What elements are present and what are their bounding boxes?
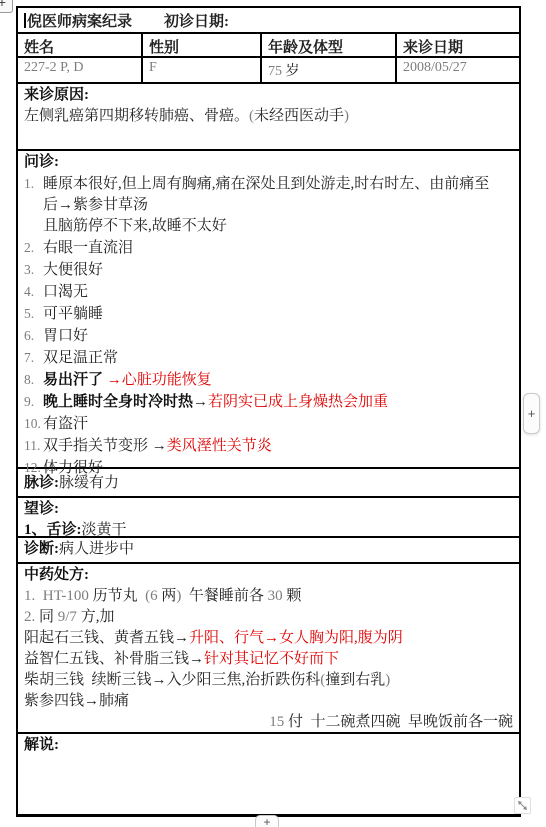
text-run: 中药处方: [24,567,89,583]
text-run: 未经西医动手 [254,108,344,124]
list-marker: 5. [24,303,43,324]
section-prescription: 中药处方:1. HT-100 历节丸 (6 两) 午餐睡前各 30 颗2. 同 … [18,562,519,732]
add-column-button[interactable]: + [523,393,540,434]
text-line: 10.有盗汗 [24,413,513,435]
col-header-age-body: 年龄及体型 [260,34,395,56]
text-run: 脉缓有力 [59,475,119,491]
resize-arrow-icon [517,800,528,811]
text-run: 且脑筋停不下来,故睡不太好 [43,218,227,234]
text-line: 柴胡三钱 续断三钱→入少阳三焦,治折跌伤科(撞到右乳) [24,670,513,691]
text-line: 解说: [24,735,513,756]
text-run: 针对其记忆不好而下 [204,651,339,667]
text-run: ) [344,108,349,124]
text-run: 易出汗了 [43,372,103,388]
text-run: 两 [161,588,176,604]
list-marker: 1. [24,173,43,194]
text-line: 阳起石三钱、黄耆五钱→升阳、行气→女人胸为阳,腹为阴 [24,628,513,649]
text-line: 中药处方: [24,565,513,586]
text-line: 8.易出汗了 →心脏功能恢复 [24,369,513,391]
text-run: 1. HT-100 [24,588,93,604]
text-run: 柴胡三钱 续断三钱→入少阳三焦,治折跌伤科 [24,672,320,688]
text-run: 可平躺睡 [43,306,103,322]
text-line: 1. HT-100 历节丸 (6 两) 午餐睡前各 30 颗 [24,586,513,607]
record-title-row: 倪医师病案纪录初诊日期: [18,8,519,32]
text-line: 且脑筋停不下来,故睡不太好 [24,216,513,237]
text-run: 15 [269,714,288,730]
text-run: 9/7 [58,609,81,625]
section-visit-reason: 来诊原因:左侧乳癌第四期移转肺癌、骨癌。(未经西医动手) [18,82,519,149]
patient-gender: F [141,58,260,82]
section-diagnosis: 诊断:病人进步中 [18,536,519,562]
text-line: 问诊: [24,152,513,173]
section-explanation: 解说: [18,732,519,814]
text-run: 问诊: [24,154,59,170]
patient-visit-date: 2008/05/27 [395,58,519,82]
col-header-name: 姓名 [18,34,141,56]
text-run: 升阳、行气→女人胸为阳,腹为阴 [189,630,403,646]
text-line: 9.晚上睡时全身时冷时热→若阴实已成上身燥热会加重 [24,391,513,413]
plus-icon: + [528,406,536,421]
text-run: 左侧乳癌第四期移转肺癌、骨癌。 [24,108,249,124]
text-run: 晚上睡时全身时冷时热 [43,394,193,410]
text-run: 颗 [286,588,301,604]
text-line: 1.睡原本很好,但上周有胸痛,痛在深处且到处游走,时右时左、由前痛至 [24,173,513,195]
text-run: ) [385,672,390,688]
text-run: 口渴无 [43,284,88,300]
list-marker: 7. [24,347,43,368]
text-run: 后→紫参甘草汤 [43,197,148,213]
text-run: 1、舌诊: [24,522,82,538]
patient-header-row: 姓名 性别 年龄及体型 来诊日期 [18,32,519,56]
text-run: 胃口好 [43,328,88,344]
text-line: 6.胃口好 [24,325,513,347]
text-line: 15 付 十二碗煮四碗 早晚饭前各一碗 [24,712,513,733]
text-run: 双足温正常 [43,350,118,366]
col-header-gender: 性别 [141,34,260,56]
text-run: 望诊: [24,501,59,517]
text-line: 2.右眼一直流泪 [24,237,513,259]
text-line: 11.双手指关节变形 →类风溼性关节炎 [24,435,513,457]
text-run: 历节丸 [93,588,138,604]
text-run: →心脏功能恢复 [107,372,212,388]
list-marker: 6. [24,325,43,346]
text-run: 诊断: [24,541,59,557]
list-marker: 8. [24,369,43,390]
text-run: 来诊原因: [24,87,89,103]
text-line: 2. 同 9/7 方,加 [24,607,513,628]
text-run: 若阴实已成上身燥热会加重 [208,394,388,410]
text-run: → [193,394,208,410]
text-line: 3.大便很好 [24,259,513,281]
text-line: 7.双足温正常 [24,347,513,369]
section-inspection: 望诊:1、舌诊:淡黄干 [18,496,519,536]
text-line: 来诊原因: [24,85,513,106]
text-run: 益智仁五钱、补骨脂三钱→ [24,651,204,667]
add-row-button[interactable]: + [255,815,279,827]
text-line: 望诊: [24,499,513,520]
section-inquiry: 问诊:1.睡原本很好,但上周有胸痛,痛在深处且到处游走,时右时左、由前痛至后→紫… [18,149,519,467]
text-run: 病人进步中 [59,541,134,557]
text-line: 诊断:病人进步中 [24,539,513,560]
text-cursor [24,13,26,28]
text-run: 右眼一直流泪 [43,240,133,256]
list-marker: 4. [24,281,43,302]
text-run: 撞到右乳 [325,672,385,688]
list-marker: 3. [24,259,43,280]
plus-icon: + [263,816,270,827]
text-line: 后→紫参甘草汤 [24,195,513,216]
text-run: 方,加 [81,609,115,625]
text-run: 同 [39,609,58,625]
medical-record-table: 倪医师病案纪录初诊日期: 姓名 性别 年龄及体型 来诊日期 227-2 P, D… [16,6,521,817]
text-run: 淡黄干 [82,522,127,538]
table-move-handle-icon[interactable]: + [0,0,13,13]
list-marker: 9. [24,391,43,412]
patient-value-row: 227-2 P, D F 75 岁 2008/05/27 [18,56,519,82]
text-run: 双手指关节变形 → [43,438,167,454]
text-run: 午餐睡前各 [181,588,267,604]
text-run: (6 [145,588,161,604]
list-marker: 10. [24,413,43,434]
record-title: 倪医师病案纪录 [27,14,132,30]
text-run: 解说: [24,737,59,753]
text-run: 睡原本很好,但上周有胸痛,痛在深处且到处游走,时右时左、由前痛至 [43,176,489,192]
text-line: 紫参四钱→肺痛 [24,691,513,712]
table-resize-handle[interactable] [514,797,531,814]
text-run: 2. [24,609,39,625]
text-line: 益智仁五钱、补骨脂三钱→针对其记忆不好而下 [24,649,513,670]
text-run: 类风溼性关节炎 [167,438,272,454]
text-line: 4.口渴无 [24,281,513,303]
document-page: { "colors": { "red": "#e10000", "muted":… [0,0,546,827]
list-marker: 2. [24,237,43,258]
text-line: 左侧乳癌第四期移转肺癌、骨癌。(未经西医动手) [24,106,513,127]
text-line: 脉诊:脉缓有力 [24,473,513,494]
text-line: 5.可平躺睡 [24,303,513,325]
text-run: 付 十二碗煮四碗 早晚饭前各一碗 [288,714,513,730]
first-visit-date-label: 初诊日期: [164,14,229,30]
text-run: 紫参四钱→肺痛 [24,693,129,709]
text-run: 30 [268,588,287,604]
text-run: 脉诊: [24,475,59,491]
text-run: 有盗汗 [43,416,88,432]
patient-name: 227-2 P, D [18,58,141,82]
text-run: 阳起石三钱、黄耆五钱→ [24,630,189,646]
patient-age: 75 岁 [260,58,395,82]
col-header-visit-date: 来诊日期 [395,34,519,56]
text-run: 大便很好 [43,262,103,278]
list-marker: 11. [24,435,43,456]
